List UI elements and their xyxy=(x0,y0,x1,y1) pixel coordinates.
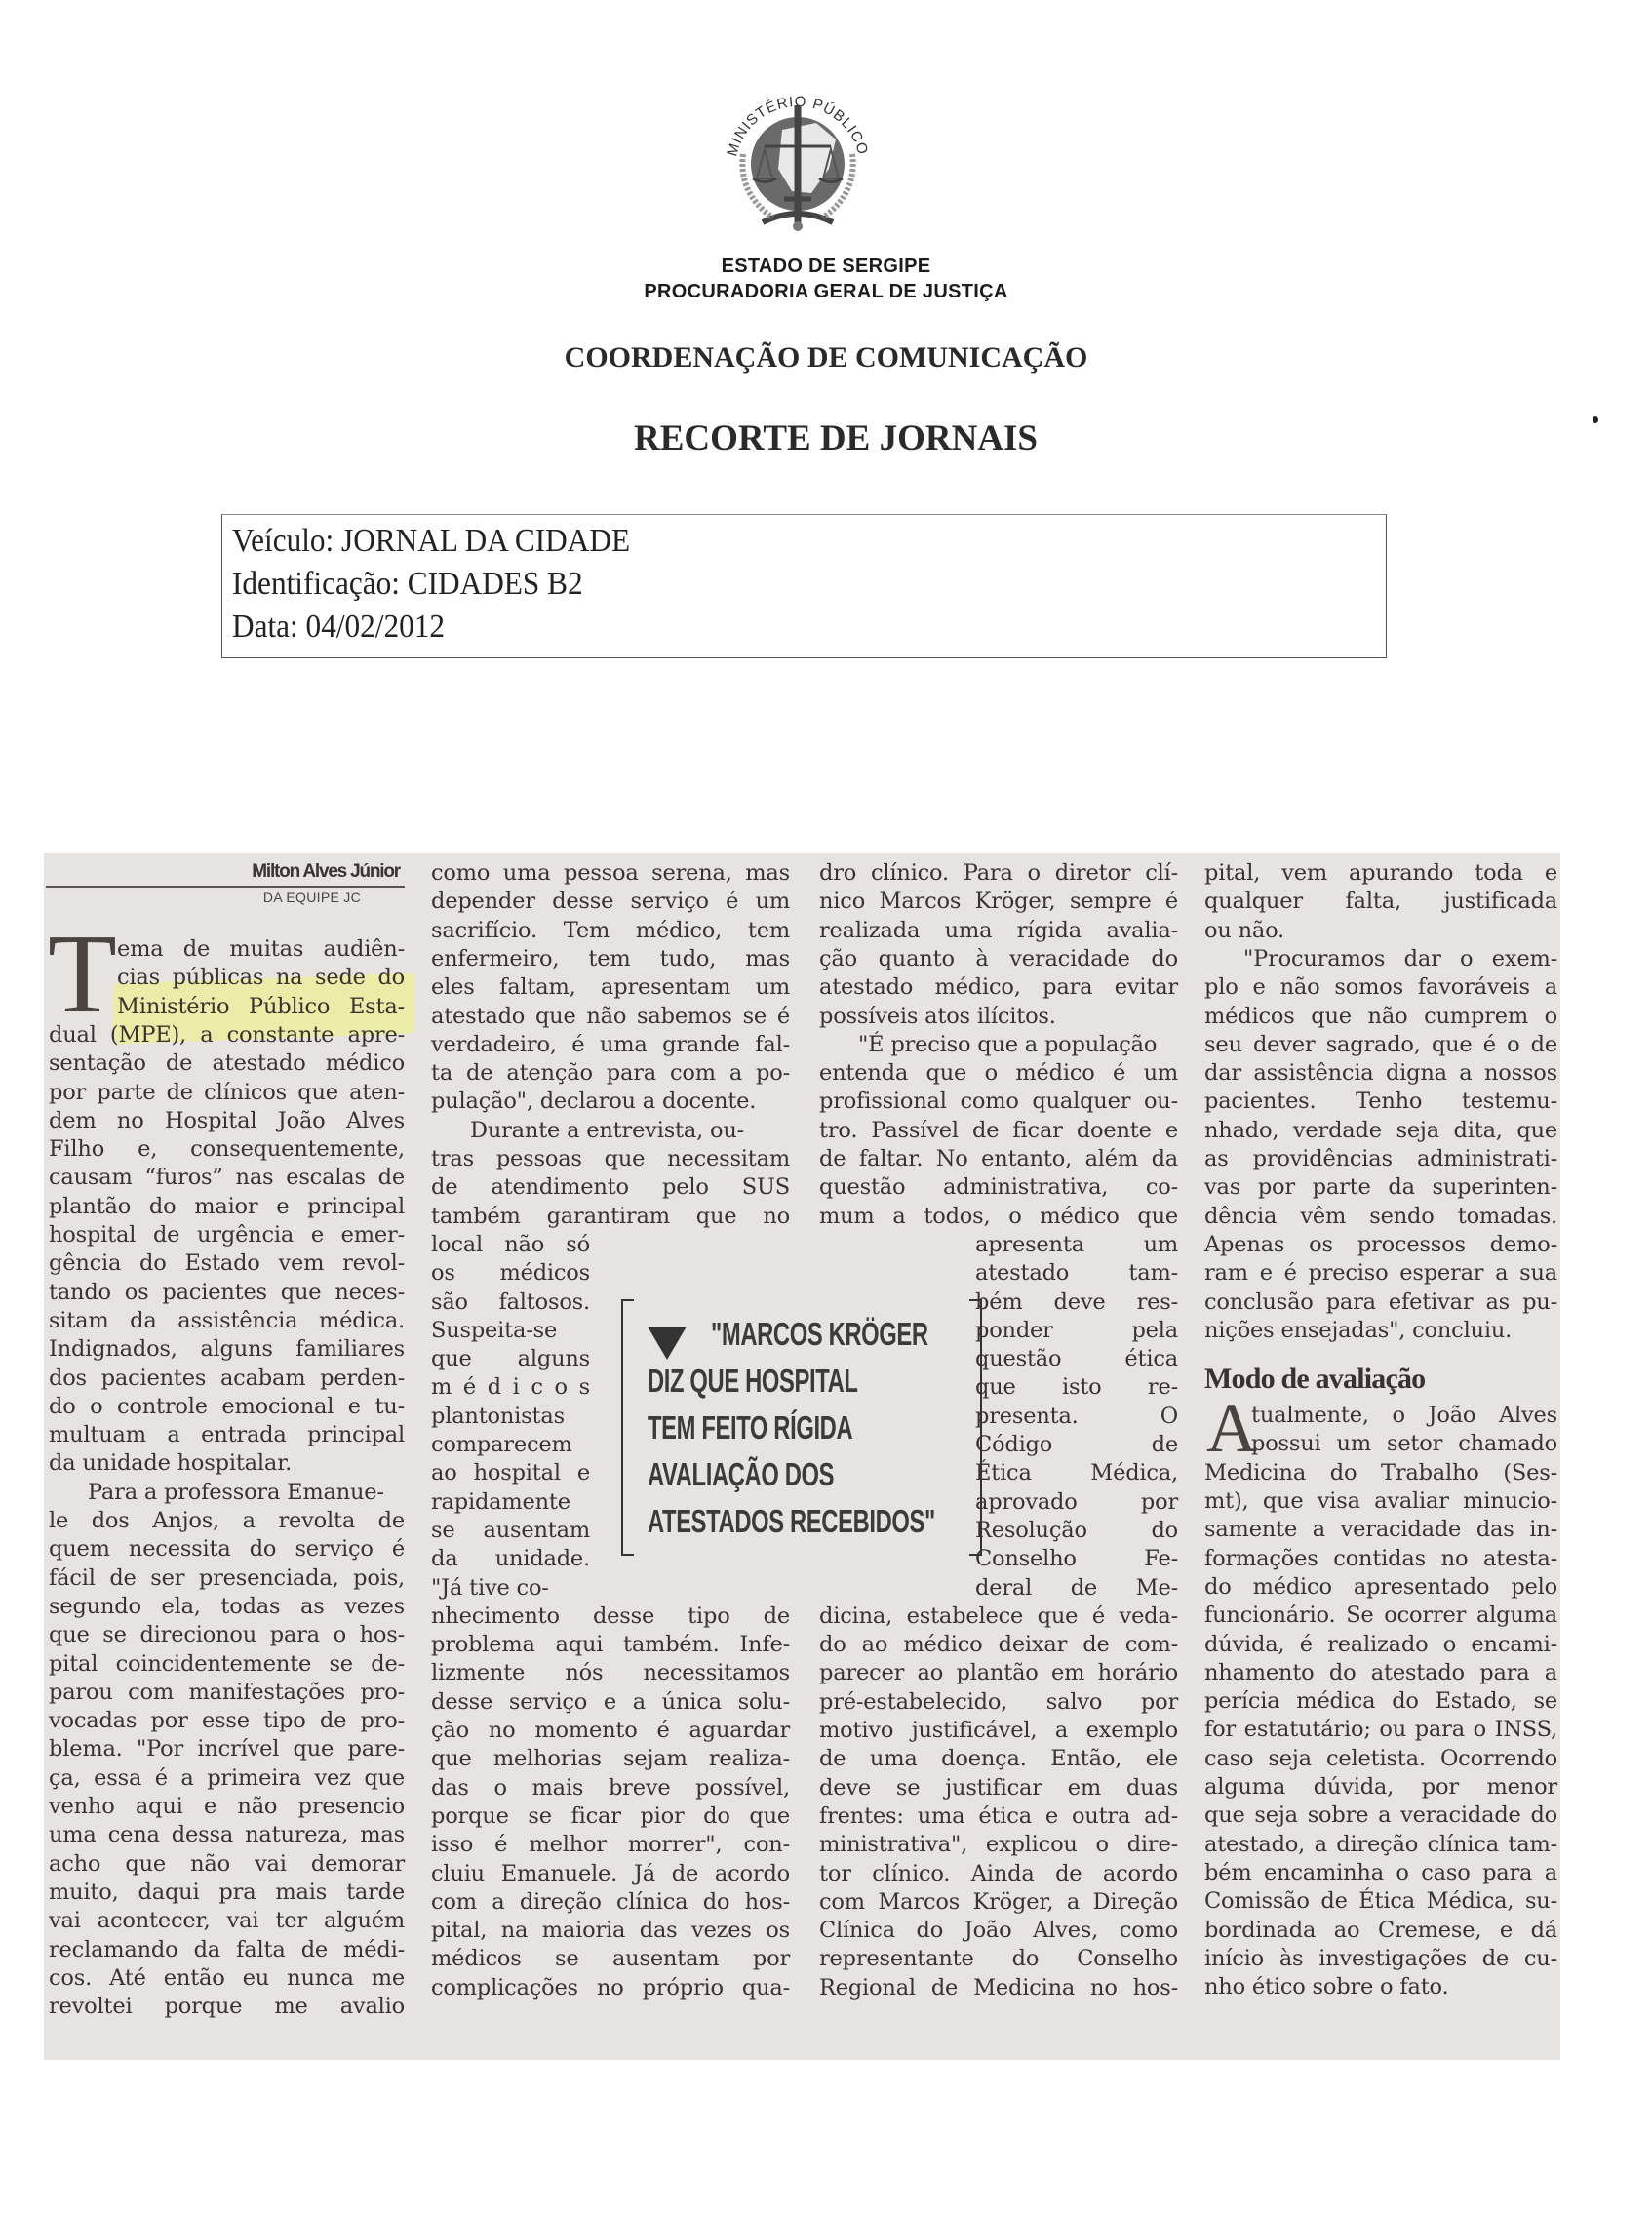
article-line: depender desse serviço é um xyxy=(431,888,790,916)
article-line: sitam da assistência médica. xyxy=(49,1307,405,1335)
article-line: segundo ela, todas as vezes xyxy=(49,1593,405,1621)
drop-cap: T xyxy=(48,926,117,1023)
article-line: samente a veracidade das in- xyxy=(1204,1516,1557,1544)
article-line: possíveis atos ilícitos. xyxy=(819,1003,1178,1031)
article-line: aprovado por xyxy=(975,1488,1178,1517)
article-line: lizmente nós necessitamos xyxy=(431,1659,790,1687)
clipping-info-box: Veículo: JORNAL DA CIDADE Identificação:… xyxy=(221,514,1387,658)
article-line: são faltosos. xyxy=(431,1288,590,1317)
article-line: acho que não vai demorar xyxy=(49,1850,405,1879)
article-line: bordinada ao Cremese, e dá xyxy=(1204,1917,1557,1945)
article-line: problema aqui também. Infe- xyxy=(431,1631,790,1659)
article-line: vas por parte da superinten- xyxy=(1204,1173,1557,1202)
department-title: COORDENAÇÃO DE COMUNICAÇÃO xyxy=(0,341,1652,375)
byline-author: Milton Alves Júnior xyxy=(141,861,400,883)
article-line: dar assistência digna a nossos xyxy=(1204,1059,1557,1088)
ministerio-publico-seal-icon: MINISTÉRIO PÚBLICO xyxy=(714,76,880,242)
identification-field: Identificação: CIDADES B2 xyxy=(232,566,583,603)
article-line: Medicina do Trabalho (Ses- xyxy=(1204,1459,1557,1487)
article-line: Durante a entrevista, ou- xyxy=(470,1117,790,1145)
article-line: conclusão para efetivar as pu- xyxy=(1204,1288,1557,1317)
article-line: Conselho Fe- xyxy=(975,1545,1178,1573)
article-line: sacrifício. Tem médico, tem xyxy=(431,917,790,945)
article-line: nho ético sobre o fato. xyxy=(1204,1973,1557,2001)
article-line: que seja sobre a veracidade do xyxy=(1204,1802,1557,1830)
article-line: atestado, a direção clínica tam- xyxy=(1204,1831,1557,1859)
article-line: como uma pessoa serena, mas xyxy=(431,859,790,888)
article-line: nhamento do atestado para a xyxy=(1204,1659,1557,1687)
article-line: médicos que não cumprem o xyxy=(1204,1003,1557,1031)
article-line: pulação", declarou a docente. xyxy=(431,1088,790,1116)
article-line: complicações no próprio qua- xyxy=(431,1974,790,2002)
date-field: Data: 04/02/2012 xyxy=(232,609,445,646)
article-line: mum a todos, o médico que xyxy=(819,1203,1178,1231)
pull-quote-line: "MARCOS KRÖGER xyxy=(711,1316,928,1353)
pull-quote-line: ATESTADOS RECEBIDOS" xyxy=(648,1503,935,1540)
article-line: tro. Passível de ficar doente e xyxy=(819,1117,1178,1145)
article-line: desse serviço e a única solu- xyxy=(431,1688,790,1717)
article-line: seu dever sagrado, que é o de xyxy=(1204,1031,1557,1059)
vehicle-field: Veículo: JORNAL DA CIDADE xyxy=(232,523,630,560)
article-line: questão ética xyxy=(975,1345,1178,1373)
article-line: por parte de clínicos que aten- xyxy=(49,1079,405,1107)
pull-quote-line: AVALIAÇÃO DOS xyxy=(648,1456,834,1493)
scan-speck xyxy=(1593,416,1598,423)
article-line: que se direcionou para o hos- xyxy=(49,1621,405,1649)
article-line: dual (MPE), a constante apre- xyxy=(49,1021,405,1050)
article-line: dem no Hospital João Alves xyxy=(49,1107,405,1135)
article-line: se ausentam xyxy=(431,1517,590,1545)
article-line: nhecimento desse tipo de xyxy=(431,1603,790,1631)
article-line: Comissão de Ética Médica, su- xyxy=(1204,1887,1557,1916)
article-line: porque se ficar pior do que xyxy=(431,1802,790,1831)
article-line: verdadeiro, é uma grande fal- xyxy=(431,1031,790,1059)
article-line: Apenas os processos demo- xyxy=(1204,1231,1557,1259)
article-line: pital, vem apurando toda e xyxy=(1204,859,1557,888)
article-line: tualmente, o João Alves xyxy=(1251,1402,1557,1430)
article-line: possui um setor chamado xyxy=(1251,1430,1557,1458)
article-line: pital, na maioria das vezes os xyxy=(431,1917,790,1945)
article-line: entenda que o médico é um xyxy=(819,1059,1178,1088)
article-line: atestado médico, para evitar xyxy=(819,973,1178,1002)
article-line: de uma doença. Então, ele xyxy=(819,1745,1178,1773)
article-line: com a direção clínica do hos- xyxy=(431,1888,790,1917)
article-line: qualquer falta, justificada xyxy=(1204,888,1557,916)
article-line: parou com manifestações pro- xyxy=(49,1679,405,1707)
article-line: mt), que visa avaliar minucio- xyxy=(1204,1487,1557,1516)
article-line: Filho e, consequentemente, xyxy=(49,1135,405,1164)
article-line: ponder pela xyxy=(975,1317,1178,1345)
article-line: ção no momento é aguardar xyxy=(431,1717,790,1745)
article-line: isso é melhor morrer", con- xyxy=(431,1831,790,1859)
article-line: Ministério Público Esta- xyxy=(117,993,405,1021)
article-line: do ao médico deixar de com- xyxy=(819,1631,1178,1659)
article-line: ao hospital e xyxy=(431,1459,590,1487)
article-line: pré-estabelecido, salvo por xyxy=(819,1688,1178,1717)
article-line: "É preciso que a população xyxy=(858,1031,1178,1059)
article-line: de faltar. No entanto, além da xyxy=(819,1145,1178,1173)
article-line: reclamando da falta de médi- xyxy=(49,1936,405,1964)
article-line: pital coincidentemente se de- xyxy=(49,1650,405,1679)
article-line: questão administrativa, co- xyxy=(819,1173,1178,1202)
article-line: local não só xyxy=(431,1231,590,1259)
article-line: Indignados, alguns familiares xyxy=(49,1335,405,1364)
article-line: "Já tive co- xyxy=(431,1574,590,1603)
state-name: ESTADO DE SERGIPE xyxy=(0,256,1652,278)
article-line: multuam a entrada principal xyxy=(49,1421,405,1449)
article-line: nico Marcos Kröger, sempre é xyxy=(819,888,1178,916)
article-line: atestado que não sabemos se é xyxy=(431,1003,790,1031)
article-line: motivo justificável, a exemplo xyxy=(819,1717,1178,1745)
drop-cap: A xyxy=(1206,1398,1257,1458)
article-line: da unidade. xyxy=(431,1545,590,1573)
article-line: bém deve res- xyxy=(975,1288,1178,1317)
article-line: ção quanto à veracidade do xyxy=(819,945,1178,973)
article-line: hospital de urgência e emer- xyxy=(49,1221,405,1249)
triangle-down-icon xyxy=(648,1327,687,1360)
article-line: pacientes. Tenho testemu- xyxy=(1204,1088,1557,1116)
article-line: formações contidas no atesta- xyxy=(1204,1545,1557,1573)
article-line: deve se justificar em duas xyxy=(819,1774,1178,1802)
article-line: dência vêm sendo tomadas. xyxy=(1204,1203,1557,1231)
article-line: Para a professora Emanue- xyxy=(88,1479,405,1507)
article-line: comparecem xyxy=(431,1431,590,1459)
article-line: for estatutário; ou para o INSS, xyxy=(1204,1716,1557,1744)
article-line: das o mais breve possível, xyxy=(431,1774,790,1802)
article-line: tor clínico. Ainda de acordo xyxy=(819,1860,1178,1888)
article-line: ou não. xyxy=(1204,917,1557,945)
article-line: dúvida, é realizado o encami- xyxy=(1204,1631,1557,1659)
article-line: alguma dúvida, por menor xyxy=(1204,1773,1557,1802)
article-line: uma cena dessa natureza, mas xyxy=(49,1821,405,1849)
article-line: profissional como qualquer ou- xyxy=(819,1088,1178,1116)
article-line: presenta. O xyxy=(975,1403,1178,1431)
article-line: fácil de ser presenciada, pois, xyxy=(49,1564,405,1593)
article-line: m é d i c o s xyxy=(431,1373,590,1402)
article-line: realizada uma rígida avalia- xyxy=(819,917,1178,945)
article-line: venho aqui e não presencio xyxy=(49,1793,405,1821)
article-line: ministrativa", explicou o dire- xyxy=(819,1831,1178,1859)
article-line: parecer ao plantão em horário xyxy=(819,1659,1178,1687)
article-line: Resolução do xyxy=(975,1517,1178,1545)
article-line: representante do Conselho xyxy=(819,1945,1178,1973)
pull-quote-bracket-left xyxy=(621,1299,634,1556)
article-line: gência do Estado vem revol- xyxy=(49,1249,405,1278)
article-line: enfermeiro, tem tudo, mas xyxy=(431,945,790,973)
article-line: ram e é preciso esperar a sua xyxy=(1204,1259,1557,1287)
article-line: sentação de atestado médico xyxy=(49,1050,405,1078)
article-line: cluiu Emanuele. Já de acordo xyxy=(431,1860,790,1888)
pull-quote-line: TEM FEITO RÍGIDA xyxy=(648,1409,852,1446)
article-line: ça, essa é a primeira vez que xyxy=(49,1764,405,1793)
article-line: "Procuramos dar o exem- xyxy=(1243,945,1557,973)
article-line: le dos Anjos, a revolta de xyxy=(49,1507,405,1535)
article-line: início às investigações de cu- xyxy=(1204,1945,1557,1973)
article-line: os médicos xyxy=(431,1259,590,1287)
article-line: caso seja celetista. Ocorrendo xyxy=(1204,1745,1557,1773)
article-line: Ética Médica, xyxy=(975,1459,1178,1487)
pull-quote-line: DIZ QUE HOSPITAL xyxy=(648,1363,858,1400)
article-line: deral de Me- xyxy=(975,1574,1178,1603)
byline-rule xyxy=(46,886,405,888)
article-line: médicos se ausentam por xyxy=(431,1945,790,1973)
article-line: Suspeita-se xyxy=(431,1317,590,1345)
article-line: eles faltam, apresentam um xyxy=(431,973,790,1002)
article-line: que melhorias sejam realiza- xyxy=(431,1745,790,1773)
article-line: vocadas por esse tipo de pro- xyxy=(49,1707,405,1735)
article-line: atestado tam- xyxy=(975,1259,1178,1287)
article-line: nições ensejadas", concluiu. xyxy=(1204,1317,1557,1345)
article-line: ta de atenção para com a po- xyxy=(431,1059,790,1088)
article-line: que alguns xyxy=(431,1345,590,1373)
article-line: nhado, verdade seja dita, que xyxy=(1204,1117,1557,1145)
article-line: do médico apresentado pelo xyxy=(1204,1573,1557,1602)
article-line: também garantiram que no xyxy=(431,1203,790,1231)
article-line: rapidamente xyxy=(431,1488,590,1517)
article-line: tras pessoas que necessitam xyxy=(431,1145,790,1173)
article-line: ema de muitas audiên- xyxy=(117,935,405,964)
byline-team: DA EQUIPE JC xyxy=(141,890,361,905)
article-line: dro clínico. Para o diretor clí- xyxy=(819,859,1178,888)
article-line: Clínica do João Alves, como xyxy=(819,1917,1178,1945)
pull-quote: "MARCOS KRÖGER DIZ QUE HOSPITAL TEM FEIT… xyxy=(621,1299,982,1556)
article-line: frentes: uma ética e outra ad- xyxy=(819,1802,1178,1831)
article-line: perícia médica do Estado, se xyxy=(1204,1687,1557,1716)
article-line: plantonistas xyxy=(431,1403,590,1431)
article-line: apresenta um xyxy=(975,1231,1178,1259)
article-line: causam “furos” nas escalas de xyxy=(49,1164,405,1192)
article-line: muito, daqui pra mais tarde xyxy=(49,1879,405,1907)
article-line: as providências administrati- xyxy=(1204,1145,1557,1173)
article-line: Código de xyxy=(975,1431,1178,1459)
article-line: de atendimento pelo SUS xyxy=(431,1173,790,1202)
article-line: dicina, estabelece que é veda- xyxy=(819,1603,1178,1631)
article-line: vai acontecer, vai ter alguém xyxy=(49,1907,405,1935)
article-line: cias públicas na sede do xyxy=(117,964,405,992)
article-line: revoltei porque me avalio xyxy=(49,1993,405,2021)
article-line: do o controle emocional e tu- xyxy=(49,1393,405,1421)
article-line: quem necessita do serviço é xyxy=(49,1535,405,1564)
article-line: Regional de Medicina no hos- xyxy=(819,1974,1178,2002)
office-name: PROCURADORIA GERAL DE JUSTIÇA xyxy=(0,281,1652,303)
article-line: plo e não somos favoráveis a xyxy=(1204,973,1557,1002)
article-line: cos. Até então eu nunca me xyxy=(49,1964,405,1993)
pull-quote-bracket-right xyxy=(969,1299,982,1556)
article-line: da unidade hospitalar. xyxy=(49,1449,405,1478)
article-line: que isto re- xyxy=(975,1373,1178,1402)
article-line: tando os pacientes que neces- xyxy=(49,1279,405,1307)
article-line: blema. "Por incrível que pare- xyxy=(49,1735,405,1763)
article-line: com Marcos Kröger, a Direção xyxy=(819,1888,1178,1917)
article-line: dos pacientes acabam perden- xyxy=(49,1365,405,1393)
article-line: plantão do maior e principal xyxy=(49,1193,405,1221)
document-title: RECORTE DE JORNAIS xyxy=(10,417,1652,459)
article-line: bém encaminha o caso para a xyxy=(1204,1859,1557,1887)
article-line: funcionário. Se ocorrer alguma xyxy=(1204,1602,1557,1630)
